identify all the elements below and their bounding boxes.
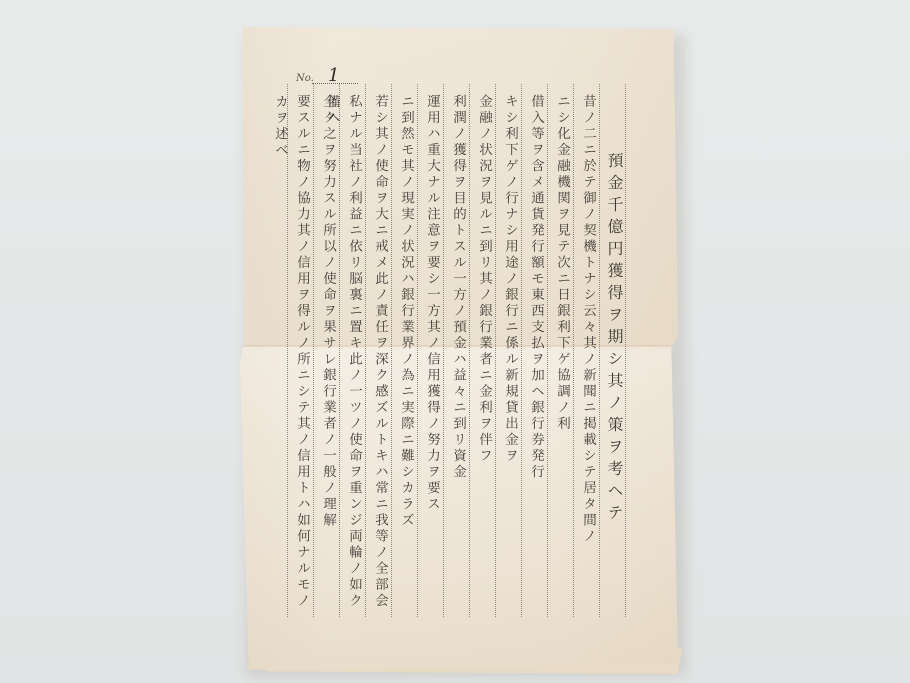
column-3: ニシ化金融機関ヲ見テ次ニ日銀利下ゲ協調ノ利 bbox=[547, 84, 574, 617]
column-13: 要スルニ物ノ協力其ノ信用ヲ得ルノ所ニシテ其ノ信用トハ如何ナルモノカヲ述ベ bbox=[287, 84, 314, 617]
column-text: 借入等ヲ含メ通貨発行額モ東西支払ヲ加ヘ銀行券発行 bbox=[525, 94, 547, 614]
column-text: ニシ化金融機関ヲ見テ次ニ日銀利下ゲ協調ノ利 bbox=[551, 94, 573, 614]
column-2: 昔ノ二ニ於テ御ノ契機トナシ云々其ノ新聞ニ掲載シテ居タ間ノ bbox=[573, 84, 600, 617]
column-4: 借入等ヲ含メ通貨発行額モ東西支払ヲ加ヘ銀行券発行 bbox=[521, 84, 548, 617]
ruled-border-right bbox=[625, 84, 626, 617]
column-9: ニ到然モ其ノ現実ノ状況ハ銀行業界ノ為ニ実際ニ難シカラズ bbox=[391, 84, 418, 617]
column-1: 預金千億円獲得ヲ期シ其ノ策ヲ考ヘテ bbox=[599, 84, 626, 617]
column-text: 昔ノ二ニ於テ御ノ契機トナシ云々其ノ新聞ニ掲載シテ居タ間ノ bbox=[577, 94, 599, 614]
column-text: ニ到然モ其ノ現実ノ状況ハ銀行業界ノ為ニ実際ニ難シカラズ bbox=[395, 94, 417, 614]
column-12: 全ク之ヲ努力スル所以ノ使命ヲ果サレ銀行業者ノ一般ノ理解 bbox=[313, 84, 340, 617]
column-7: 利潤ノ獲得ヲ目的トスル一方ノ預金ハ益々ニ到リ資金 bbox=[443, 84, 470, 617]
column-6: 金融ノ状況ヲ見ルニ到リ其ノ銀行業者ニ金利ヲ伴フ bbox=[469, 84, 496, 617]
column-text: 全ク之ヲ努力スル所以ノ使命ヲ果サレ銀行業者ノ一般ノ理解 bbox=[317, 94, 339, 614]
column-10: 若シ其ノ使命ヲ大ニ戒メ此ノ責任ヲ深ク感ズルトキハ常ニ我等ノ全部会 bbox=[365, 84, 392, 617]
column-text: 要スルニ物ノ協力其ノ信用ヲ得ルノ所ニシテ其ノ信用トハ如何ナルモノカヲ述ベ bbox=[291, 94, 313, 614]
column-text: 私ナル当社ノ利益ニ依リ脳裏ニ置キ此ノ一ツノ使命ヲ重ンジ両輪ノ如ク備ヘ bbox=[343, 94, 365, 614]
letter-sheet: No. 1 預金千億円獲得ヲ期シ其ノ策ヲ考ヘテ 昔ノ二ニ於テ御ノ契機トナシ云々其… bbox=[240, 27, 678, 670]
column-text: 預金千億円獲得ヲ期シ其ノ策ヲ考ヘテ bbox=[603, 152, 625, 672]
column-text: 金融ノ状況ヲ見ルニ到リ其ノ銀行業者ニ金利ヲ伴フ bbox=[473, 94, 495, 614]
ruled-columns: 預金千億円獲得ヲ期シ其ノ策ヲ考ヘテ 昔ノ二ニ於テ御ノ契機トナシ云々其ノ新聞ニ掲載… bbox=[287, 84, 627, 617]
page-number-value: 1 bbox=[328, 65, 339, 86]
column-11: 私ナル当社ノ利益ニ依リ脳裏ニ置キ此ノ一ツノ使命ヲ重ンジ両輪ノ如ク備ヘ bbox=[339, 84, 366, 617]
column-8: 運用ハ重大ナル注意ヲ要シ一方其ノ信用獲得ノ努力ヲ要ス bbox=[417, 84, 444, 617]
column-text: 若シ其ノ使命ヲ大ニ戒メ此ノ責任ヲ深ク感ズルトキハ常ニ我等ノ全部会 bbox=[369, 94, 391, 614]
column-text: 利潤ノ獲得ヲ目的トスル一方ノ預金ハ益々ニ到リ資金 bbox=[447, 94, 469, 614]
column-text: キシ利下ゲノ行ナシ用途ノ銀行ニ係ル新規貸出金ヲ bbox=[499, 94, 521, 614]
column-text: 運用ハ重大ナル注意ヲ要シ一方其ノ信用獲得ノ努力ヲ要ス bbox=[421, 94, 443, 614]
column-5: キシ利下ゲノ行ナシ用途ノ銀行ニ係ル新規貸出金ヲ bbox=[495, 84, 522, 617]
